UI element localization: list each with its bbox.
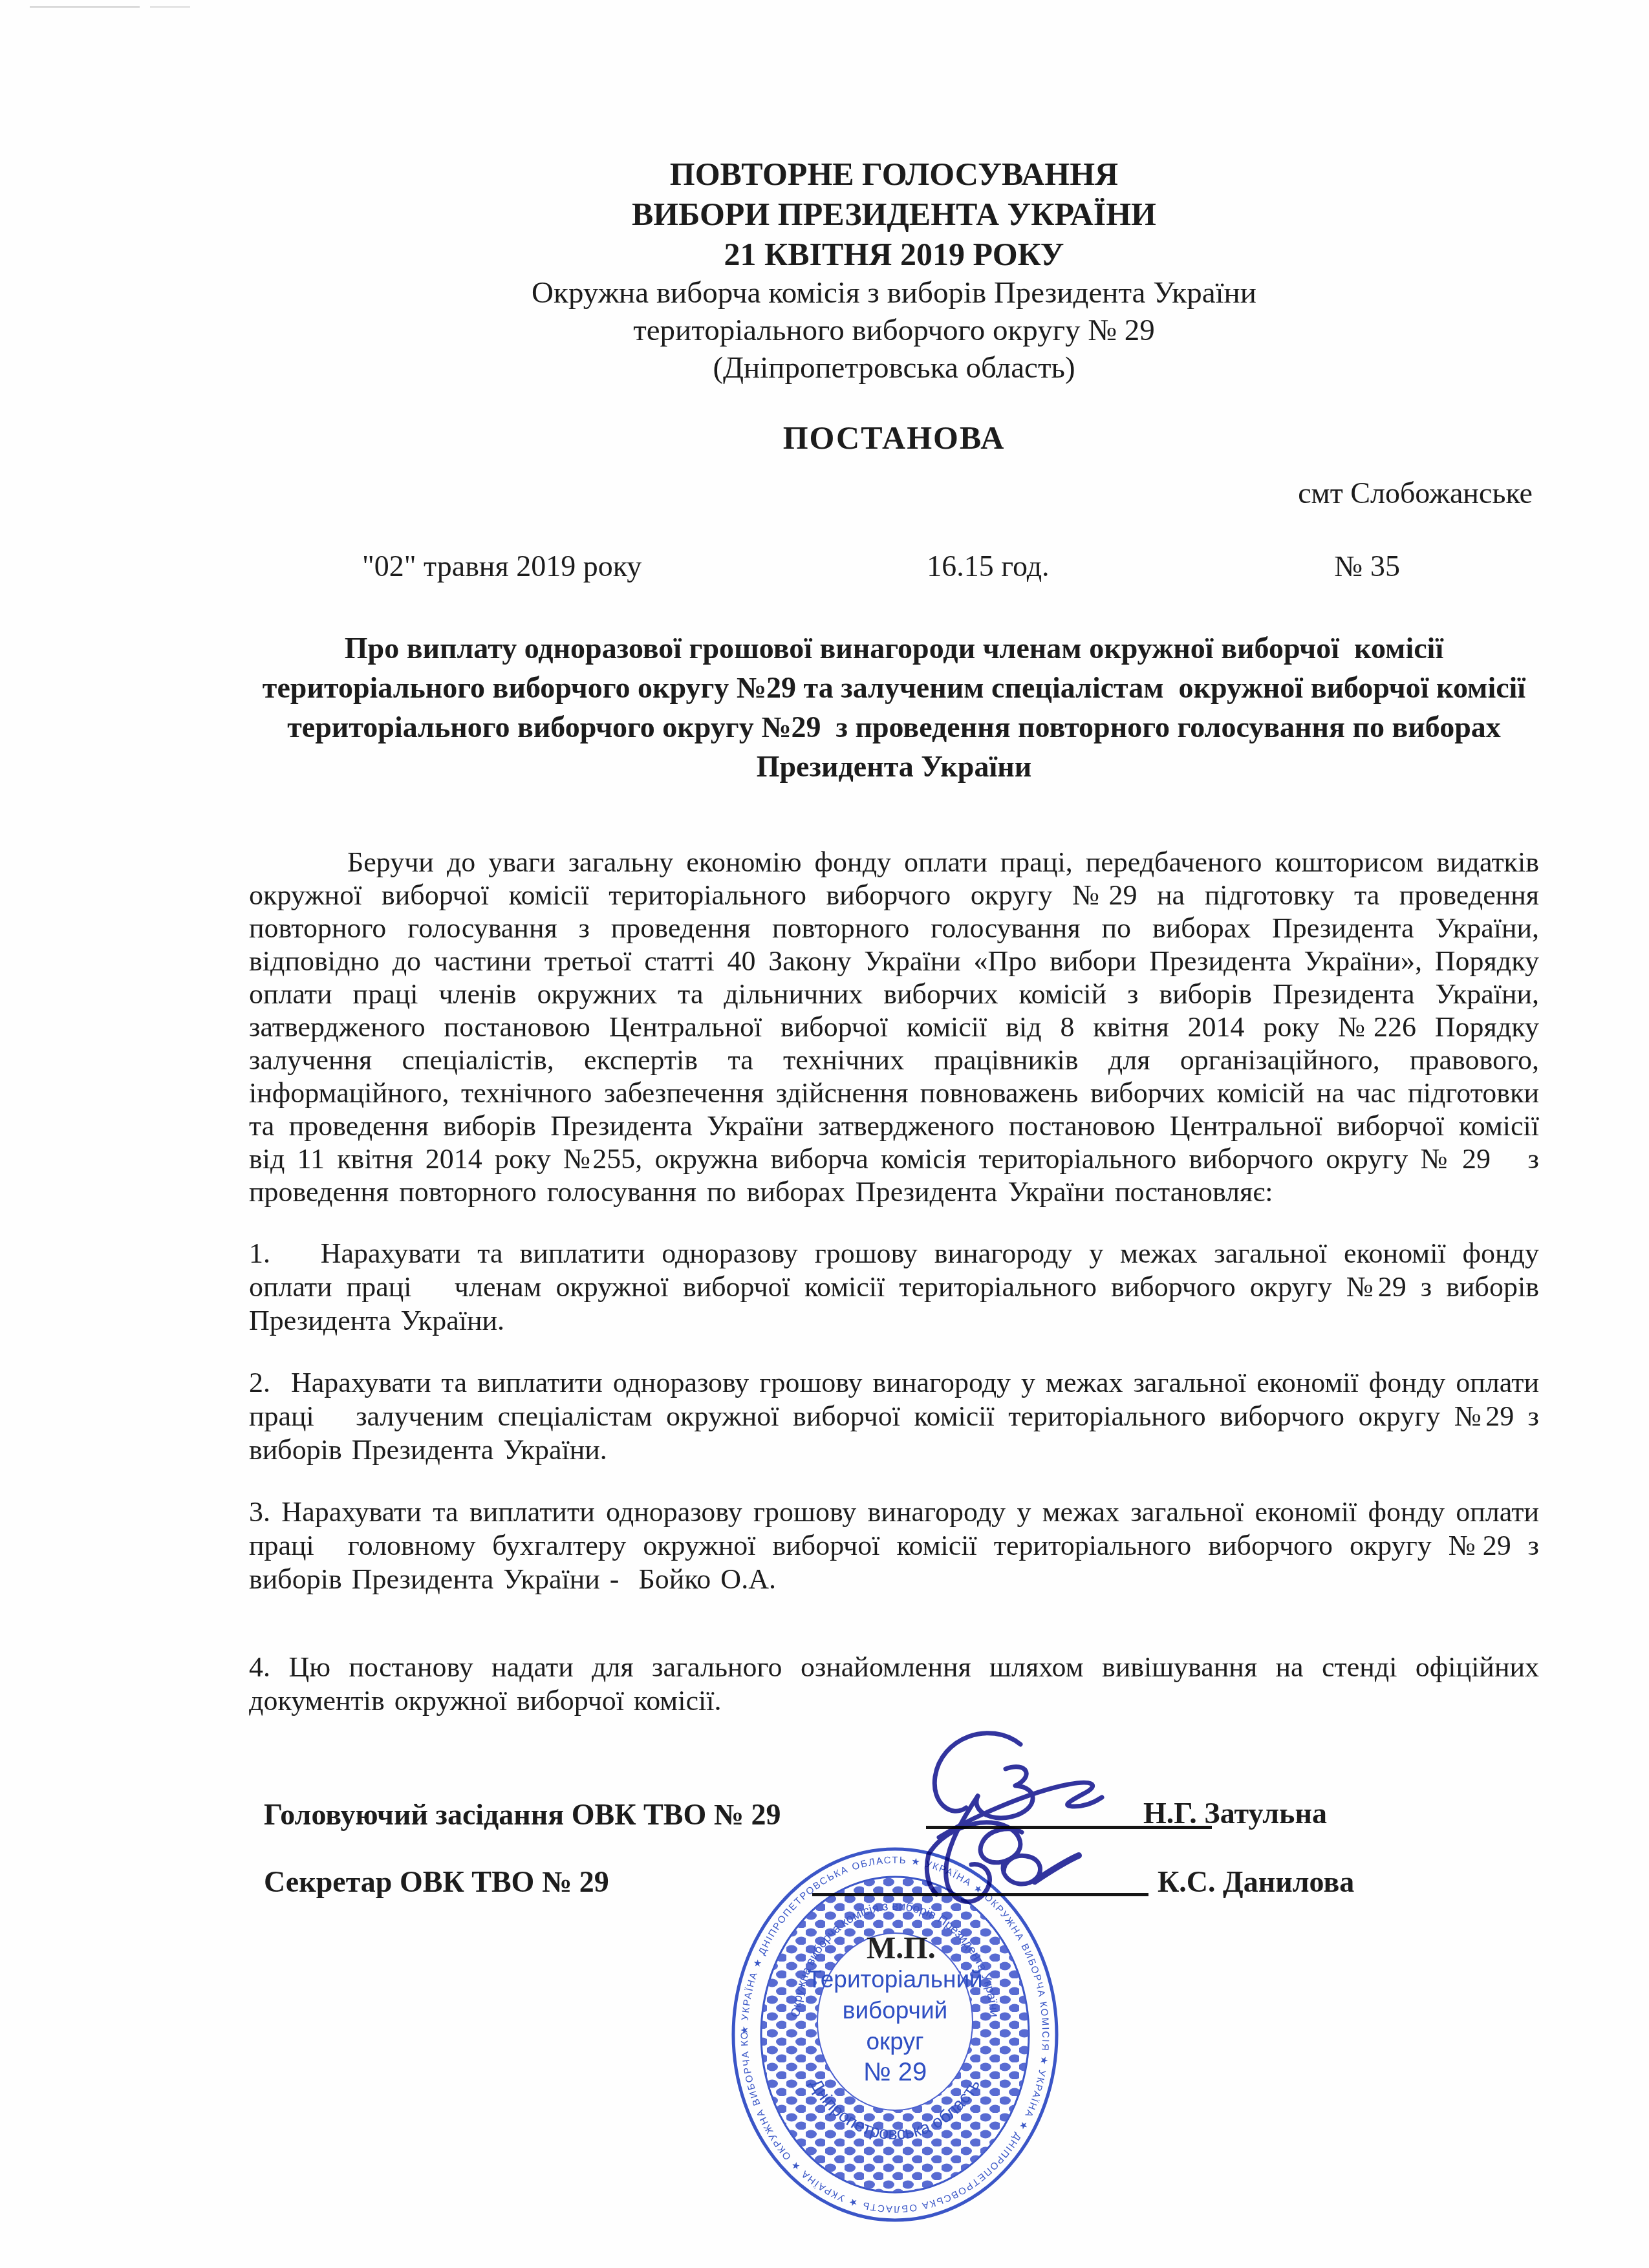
- header-line-election-date: 21 КВІТНЯ 2019 РОКУ: [249, 234, 1539, 274]
- issue-place: смт Слобожанське: [249, 476, 1539, 510]
- header-line-commission: Окружна виборча комісія з виборів Презид…: [249, 274, 1539, 312]
- signature-stroke-secretary: [927, 1854, 936, 1894]
- header-line-election-title: ВИБОРИ ПРЕЗИДЕНТА УКРАЇНИ: [249, 194, 1539, 234]
- scan-noise-line: [30, 6, 140, 8]
- signature-stroke-secretary: [929, 1823, 1022, 1863]
- issue-meta-row: "02" травня 2019 року 16.15 год. № 35: [249, 549, 1539, 583]
- issue-date: "02" травня 2019 року: [362, 549, 641, 583]
- header-line-oblast: (Дніпропетровська область): [249, 349, 1539, 387]
- resolution-item-3: 3. Нарахувати та виплатити одноразову гр…: [249, 1495, 1539, 1596]
- issue-number: № 35: [1335, 549, 1400, 583]
- document-text-column: ПОВТОРНЕ ГОЛОСУВАННЯ ВИБОРИ ПРЕЗИДЕНТА У…: [249, 0, 1539, 1746]
- signature-label-secretary: Секретар ОВК ТВО № 29: [264, 1865, 609, 1899]
- scan-noise-line: [150, 6, 190, 8]
- resolution-item-1: 1. Нарахувати та виплатити одноразову гр…: [249, 1237, 1539, 1338]
- document-header: ПОВТОРНЕ ГОЛОСУВАННЯ ВИБОРИ ПРЕЗИДЕНТА У…: [249, 154, 1539, 387]
- stamp-center-line-number: № 29: [863, 2058, 927, 2086]
- resolution-item-2: 2. Нарахувати та виплатити одноразову гр…: [249, 1366, 1539, 1467]
- issue-time: 16.15 год.: [927, 549, 1049, 583]
- scanned-document-page: ПОВТОРНЕ ГОЛОСУВАННЯ ВИБОРИ ПРЕЗИДЕНТА У…: [0, 0, 1649, 2268]
- signature-stroke-chairperson: [976, 1767, 1033, 1818]
- signature-label-chairperson: Головуючий засідання ОВК ТВО № 29: [264, 1797, 781, 1832]
- resolution-preamble: Беручи до уваги загальну економію фонду …: [249, 846, 1539, 1208]
- header-line-repeat-voting: ПОВТОРНЕ ГОЛОСУВАННЯ: [249, 154, 1539, 194]
- stamp-center-line-district: округ: [867, 2028, 924, 2055]
- header-line-district: територіального виборчого округу № 29: [249, 312, 1539, 349]
- resolution-subject: Про виплату одноразової грошової винагор…: [249, 628, 1539, 786]
- handwritten-signatures: [711, 1694, 1255, 1991]
- stamp-center-line-electoral: виборчий: [843, 1997, 947, 2024]
- document-type-title: ПОСТАНОВА: [249, 419, 1539, 456]
